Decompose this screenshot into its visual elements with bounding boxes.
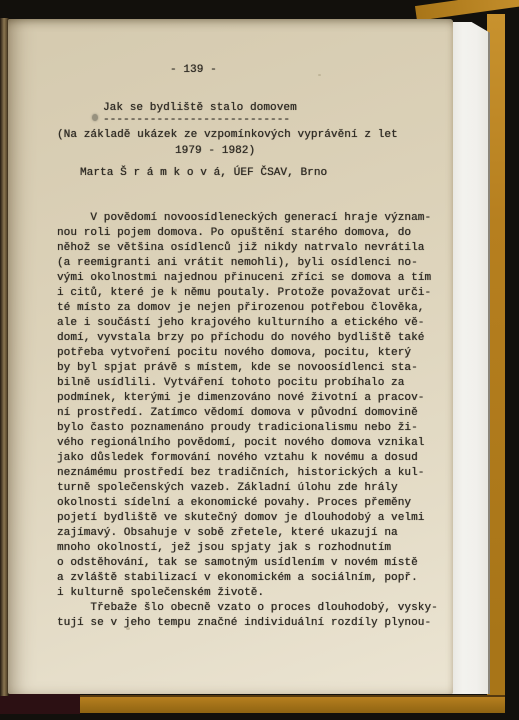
text-line: turně společenských vazeb. Základní úloh… xyxy=(57,481,438,496)
text-line: té místo za domov je nejen přirozenou po… xyxy=(57,301,438,316)
book-spine-shadow xyxy=(0,694,80,714)
text-line: Třebaže šlo obecně vzato o proces dlouho… xyxy=(57,601,438,616)
text-line: podmínek, kterými je dimenzováno nové ži… xyxy=(57,391,438,406)
text-line: (a reemigranti ani vrátit nemohli), byli… xyxy=(57,256,438,271)
body-text: V povědomí novoosídleneckých generací hr… xyxy=(57,211,438,631)
underlying-page-edge xyxy=(449,22,490,694)
text-line: nou roli pojem domova. Po opuštění staré… xyxy=(57,226,438,241)
paper-speck xyxy=(92,114,98,121)
text-line: neznámému prostředí bez tradičních, hist… xyxy=(57,466,438,481)
text-line: potřeba vytvoření pocitu nového domova, … xyxy=(57,346,438,361)
text-line: bilně usídlili. Vytváření tohoto pocitu … xyxy=(57,376,438,391)
text-line: ní prostředí. Zatímco vědomí domova v pů… xyxy=(57,406,438,421)
text-line: tují se v jeho tempu značné individuální… xyxy=(57,616,438,631)
text-line: a zvláště stabilizací v ekonomickém a so… xyxy=(57,571,438,586)
book-page: - 139 - Jak se bydliště stalo domovem --… xyxy=(8,19,453,694)
book-cover-edge-bottom xyxy=(70,695,505,713)
author-line: Marta Š r á m k o v á, ÚEF ČSAV, Brno xyxy=(80,166,327,181)
text-line: domí, vyvstala brzy po příchodu do novéh… xyxy=(57,331,438,346)
text-line: ale i součástí jeho krajového kulturního… xyxy=(57,316,438,331)
text-line: zajímavý. Obsahuje v sobě zřetele, které… xyxy=(57,526,438,541)
scanned-book-photo: - 139 - Jak se bydliště stalo domovem --… xyxy=(0,0,519,720)
text-line: by byl spjat právě s místem, kde se novo… xyxy=(57,361,438,376)
text-line: i kulturně společenském životě. xyxy=(57,586,438,601)
text-line: o odstěhování, tak se samotným usídlením… xyxy=(57,556,438,571)
paper-speck xyxy=(126,627,130,630)
text-line: i citů, které je k němu poutaly. Protože… xyxy=(57,286,438,301)
subtitle-line-2: 1979 - 1982) xyxy=(175,144,255,159)
page-number: - 139 - xyxy=(170,63,217,78)
paper-speck xyxy=(318,74,321,76)
text-line: mnoho okolností, jež jsou spjaty jak s r… xyxy=(57,541,438,556)
paper-speck xyxy=(174,289,177,292)
title-underline: ---------------------------- xyxy=(103,113,290,128)
text-line: bylo často poznamenáno proudy tradiciona… xyxy=(57,421,438,436)
text-line: pojetí bydliště ve skutečný domov je dlo… xyxy=(57,511,438,526)
subtitle-line-1: (Na základě ukázek ze vzpomínkových vypr… xyxy=(57,128,398,143)
text-line: okolnosti sídelní a ekonomické povahy. P… xyxy=(57,496,438,511)
text-line: jako důsledek formování nového vztahu k … xyxy=(57,451,438,466)
text-line: vými okolnostmi najednou přinuceni zříci… xyxy=(57,271,438,286)
text-line: něhož se většina osídlenců již nikdy nat… xyxy=(57,241,438,256)
text-line: V povědomí novoosídleneckých generací hr… xyxy=(57,211,438,226)
text-line: vého regionálního povědomí, pocit nového… xyxy=(57,436,438,451)
